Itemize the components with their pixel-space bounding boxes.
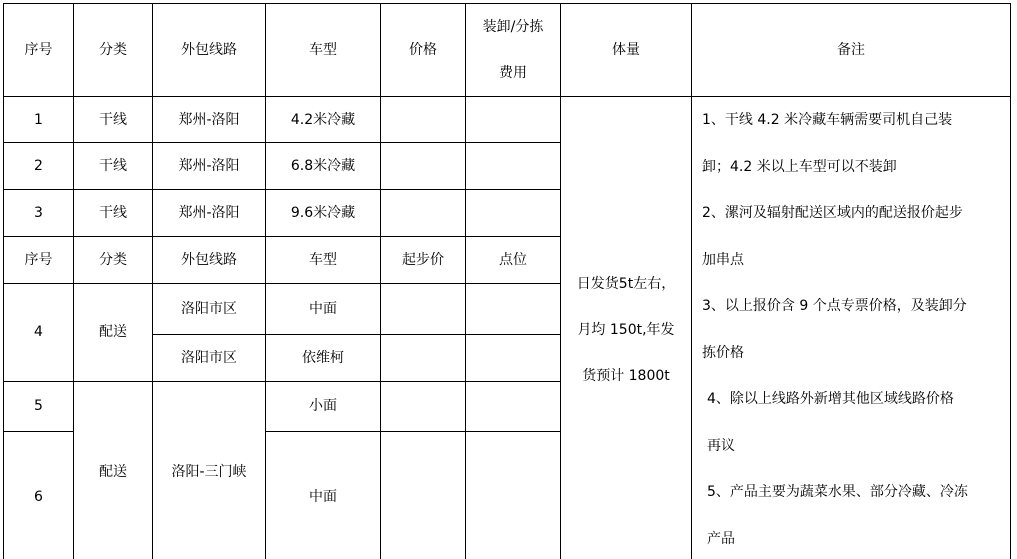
vehicle-cell: 中面	[266, 432, 381, 559]
remark-line: 加串点	[702, 237, 1004, 284]
header-handling-line2: 费用	[466, 50, 560, 96]
header-price: 价格	[381, 4, 466, 97]
subheader-seq: 序号	[4, 237, 74, 284]
route-cell: 洛阳市区	[153, 284, 266, 335]
category-cell: 配送	[74, 284, 153, 382]
points-cell[interactable]	[466, 381, 561, 432]
start-price-cell[interactable]	[381, 334, 466, 381]
volume-cell: 日发货5t左右， 月均 150t,年发 货预计 1800t	[561, 97, 692, 559]
route-cell: 郑州-洛阳	[153, 143, 266, 190]
header-volume: 体量	[561, 4, 692, 97]
header-vehicle: 车型	[266, 4, 381, 97]
vehicle-cell: 4.2米冷藏	[266, 97, 381, 143]
header-route: 外包线路	[153, 4, 266, 97]
volume-line1: 日发货5t左右，	[561, 261, 691, 307]
vehicle-cell: 小面	[266, 381, 381, 432]
remark-line: 拣价格	[702, 330, 1004, 377]
handling-cell[interactable]	[466, 97, 561, 143]
table-row-1: 1 干线 郑州-洛阳 4.2米冷藏 日发货5t左右， 月均 150t,年发 货预…	[4, 97, 1011, 143]
subheader-category: 分类	[74, 237, 153, 284]
seq-cell: 3	[4, 190, 74, 237]
remark-line: 3、以上报价含 9 个点专票价格，及装卸分	[702, 283, 1004, 330]
remark-line: 卸；4.2 米以上车型可以不装卸	[702, 144, 1004, 191]
header-category: 分类	[74, 4, 153, 97]
header-row: 序号 分类 外包线路 车型 价格 装卸/分拣 费用 体量 备注	[4, 4, 1011, 97]
header-seq: 序号	[4, 4, 74, 97]
seq-cell: 6	[4, 432, 74, 559]
route-cell: 郑州-洛阳	[153, 97, 266, 143]
subheader-vehicle: 车型	[266, 237, 381, 284]
category-cell: 干线	[74, 190, 153, 237]
seq-cell: 1	[4, 97, 74, 143]
points-cell[interactable]	[466, 334, 561, 381]
route-cell: 郑州-洛阳	[153, 190, 266, 237]
points-cell[interactable]	[466, 432, 561, 559]
vehicle-cell: 9.6米冷藏	[266, 190, 381, 237]
remarks-cell: 1、干线 4.2 米冷藏车辆需要司机自己装 卸；4.2 米以上车型可以不装卸 2…	[692, 97, 1011, 559]
handling-cell[interactable]	[466, 190, 561, 237]
seq-cell: 2	[4, 143, 74, 190]
price-cell[interactable]	[381, 97, 466, 143]
points-cell[interactable]	[466, 284, 561, 335]
subheader-start-price: 起步价	[381, 237, 466, 284]
price-cell[interactable]	[381, 143, 466, 190]
seq-cell: 5	[4, 381, 74, 432]
remark-line: 2、漯河及辐射配送区域内的配送报价起步	[702, 190, 1004, 237]
vehicle-cell: 6.8米冷藏	[266, 143, 381, 190]
start-price-cell[interactable]	[381, 284, 466, 335]
subheader-points: 点位	[466, 237, 561, 284]
seq-cell: 4	[4, 284, 74, 382]
remark-line: 5、产品主要为蔬菜水果、部分冷藏、冷冻	[702, 469, 1004, 516]
start-price-cell[interactable]	[381, 381, 466, 432]
category-cell: 干线	[74, 143, 153, 190]
category-cell: 配送	[74, 381, 153, 559]
subheader-route: 外包线路	[153, 237, 266, 284]
volume-line2: 月均 150t,年发	[561, 307, 691, 353]
logistics-quote-table: 序号 分类 外包线路 车型 价格 装卸/分拣 费用 体量 备注 1 干线 郑州-…	[3, 3, 1011, 559]
header-handling-fee: 装卸/分拣 费用	[466, 4, 561, 97]
volume-line3: 货预计 1800t	[561, 353, 691, 399]
vehicle-cell: 中面	[266, 284, 381, 335]
header-handling-line1: 装卸/分拣	[466, 4, 560, 50]
handling-cell[interactable]	[466, 143, 561, 190]
remark-line: 再议	[702, 423, 1004, 470]
remark-line: 产品	[702, 516, 1004, 559]
start-price-cell[interactable]	[381, 432, 466, 559]
header-remarks: 备注	[692, 4, 1011, 97]
route-cell: 洛阳市区	[153, 334, 266, 381]
category-cell: 干线	[74, 97, 153, 143]
route-cell: 洛阳-三门峡	[153, 381, 266, 559]
remark-line: 4、除以上线路外新增其他区域线路价格	[702, 376, 1004, 423]
price-cell[interactable]	[381, 190, 466, 237]
vehicle-cell: 依维柯	[266, 334, 381, 381]
remark-line: 1、干线 4.2 米冷藏车辆需要司机自己装	[702, 97, 1004, 144]
